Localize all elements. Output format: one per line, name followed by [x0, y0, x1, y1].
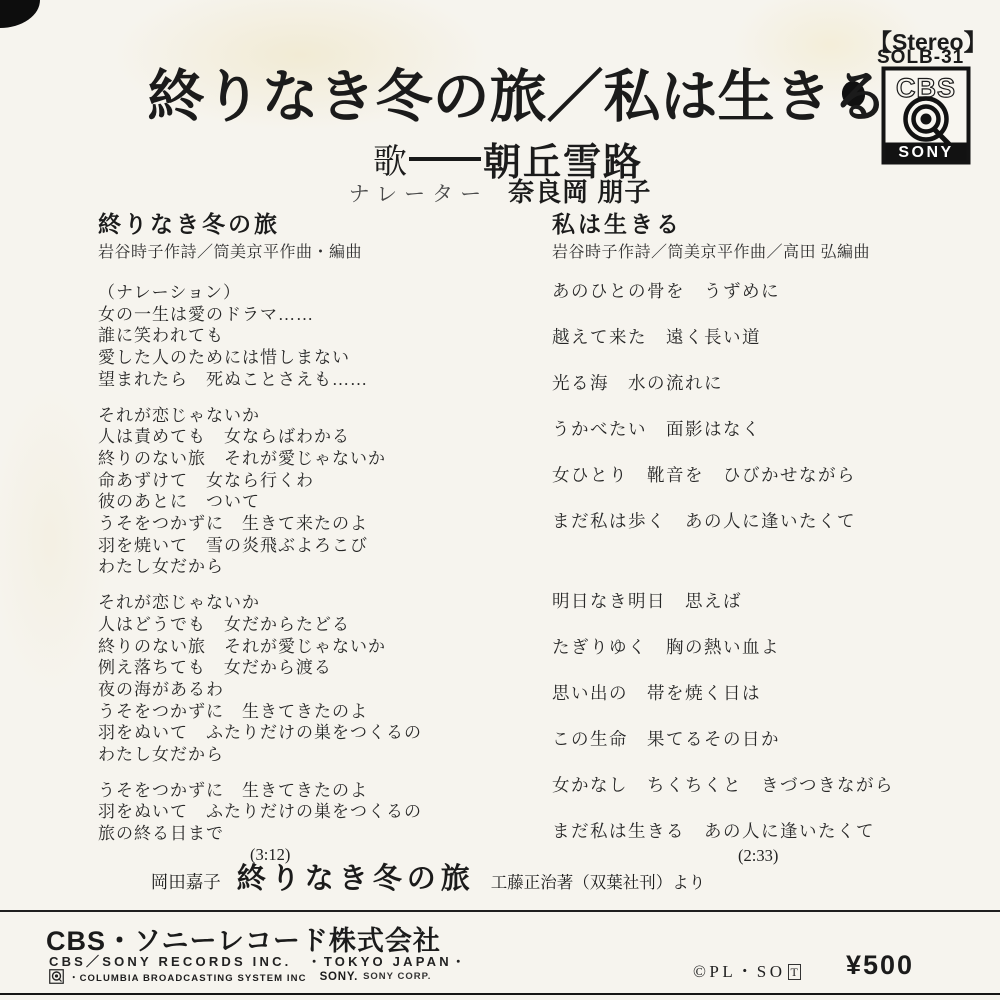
lyric-line: 女の一生は愛のドラマ…… — [98, 304, 550, 326]
boxed-t-mark: T — [788, 964, 801, 980]
lyric-line: この生命 果てるその日か — [552, 716, 986, 762]
book-title: 終りなき冬の旅 — [237, 856, 475, 897]
lyric-line: 例え落ちても 女だから渡る — [98, 657, 550, 679]
lyric-line: それが恋じゃないか — [98, 592, 550, 614]
legal-line: ・COLUMBIA BROADCASTING SYSTEM INC SONY. … — [49, 969, 431, 984]
lyric-line: うかべたい 面影はなく — [552, 406, 986, 452]
lyric-line: うそをつかずに 生きて来たのよ — [98, 513, 550, 535]
rights-text: ©PL・SO — [693, 962, 786, 981]
lyric-line: わたし女だから — [98, 556, 550, 578]
lyric-line: 旅の終る日まで — [98, 823, 550, 845]
main-title: 終りなき冬の旅／私は生きる — [0, 66, 1000, 129]
price: ¥500 — [846, 950, 914, 981]
side-a-stanza: （ナレーション）女の一生は愛のドラマ……誰に笑われても愛した人のためには惜しまな… — [98, 282, 550, 391]
lyric-line: 羽をぬいて ふたりだけの巣をつくるの — [98, 722, 550, 744]
lyric-line: まだ私は歩く あの人に逢いたくて — [552, 498, 986, 544]
lyric-line: 越えて来た 遠く長い道 — [552, 314, 986, 360]
lyric-line: 女かなし ちくちくと きづつきながら — [552, 762, 986, 808]
lyric-line: 終りのない旅 それが愛じゃないか — [98, 636, 550, 658]
book-source: 工藤正治著（双葉社刊）より — [491, 869, 706, 893]
side-a-credits: 岩谷時子作詩／筒美京平作曲・編曲 — [98, 242, 550, 264]
side-b-title: 私は生きる — [552, 210, 986, 238]
legal-sony-bold: SONY. — [320, 971, 359, 983]
side-b-credits: 岩谷時子作詩／筒美京平作曲／高田 弘編曲 — [552, 242, 986, 264]
lyric-line: うそをつかずに 生きてきたのよ — [98, 780, 550, 802]
lyric-line: 人はどうでも 女だからたどる — [98, 614, 550, 636]
side-a-title: 終りなき冬の旅 — [98, 210, 550, 238]
lyric-line: うそをつかずに 生きてきたのよ — [98, 701, 550, 723]
narrator-credit-line: ナレーター 奈良岡 朋子 — [0, 172, 1000, 209]
lyric-line: それが恋じゃないか — [98, 405, 550, 427]
book-author: 岡田嘉子 — [151, 869, 221, 894]
footer-divider — [0, 910, 1000, 912]
lyric-line: 夜の海があるわ — [98, 679, 550, 701]
record-sleeve-back: 【Stereo】 SOLB-31 CBS SONY 終りなき冬の旅／私は生きる … — [0, 0, 1000, 1000]
lyric-line: 彼のあとに ついて — [98, 491, 550, 513]
bottom-edge-line — [0, 993, 1000, 995]
lyric-line: 命あずけて 女なら行くわ — [98, 470, 550, 492]
lyric-line: 女ひとり 靴音を ひびかせながら — [552, 452, 986, 498]
lyric-line: 終りのない旅 それが愛じゃないか — [98, 448, 550, 470]
lyric-line: 愛した人のためには惜しまない — [98, 347, 550, 369]
lyric-line: （ナレーション） — [98, 282, 550, 304]
lyric-line: 光る海 水の流れに — [552, 360, 986, 406]
narrator-name: 奈良岡 朋子 — [508, 172, 651, 209]
long-dash — [409, 157, 481, 161]
side-a-stanza: それが恋じゃないか人は責めても 女ならばわかる終りのない旅 それが愛じゃないか命… — [98, 405, 550, 579]
side-a-stanza: うそをつかずに 生きてきたのよ羽をぬいて ふたりだけの巣をつくるの旅の終る日まで — [98, 780, 550, 845]
lyric-line: 望まれたら 死ぬことさえも…… — [98, 369, 550, 391]
lyric-line: 明日なき明日 思えば — [552, 578, 986, 624]
lyric-line: 思い出の 帯を焼く日は — [552, 670, 986, 716]
narrator-label: ナレーター — [349, 178, 489, 208]
lyric-line: 誰に笑われても — [98, 325, 550, 347]
cbs-eye-icon — [49, 969, 64, 984]
legal-sony-rest: SONY CORP. — [363, 971, 431, 982]
lyric-line: あのひとの骨を うずめに — [552, 268, 986, 314]
lyric-line: 羽をぬいて ふたりだけの巣をつくるの — [98, 801, 550, 823]
side-b-stanza: 明日なき明日 思えばたぎりゆく 胸の熱い血よ思い出の 帯を焼く日はこの生命 果て… — [552, 578, 986, 854]
legal-cbs-text: ・COLUMBIA BROADCASTING SYSTEM INC — [69, 970, 307, 984]
company-name-en: CBS／SONY RECORDS INC. ・TOKYO JAPAN・ — [49, 951, 468, 970]
rights-mark: ©PL・SOT — [693, 957, 801, 982]
corner-mark — [0, 0, 40, 28]
book-credit-line: 岡田嘉子 終りなき冬の旅 工藤正治著（双葉社刊）より — [0, 856, 928, 897]
lyric-line: たぎりゆく 胸の熱い血よ — [552, 624, 986, 670]
lyric-line: 羽を焼いて 雪の炎飛ぶよろこび — [98, 535, 550, 557]
side-b-lyrics-column: 私は生きる 岩谷時子作詩／筒美京平作曲／高田 弘編曲 あのひとの骨を うずめに越… — [552, 210, 986, 866]
lyric-line: 人は責めても 女ならばわかる — [98, 426, 550, 448]
side-a-lyrics-column: 終りなき冬の旅 岩谷時子作詩／筒美京平作曲・編曲 （ナレーション）女の一生は愛の… — [98, 210, 550, 865]
lyric-line: わたし女だから — [98, 744, 550, 766]
side-b-stanza: あのひとの骨を うずめに越えて来た 遠く長い道光る海 水の流れにうかべたい 面影… — [552, 268, 986, 544]
side-a-stanza: それが恋じゃないか人はどうでも 女だからたどる終りのない旅 それが愛じゃないか例… — [98, 592, 550, 766]
